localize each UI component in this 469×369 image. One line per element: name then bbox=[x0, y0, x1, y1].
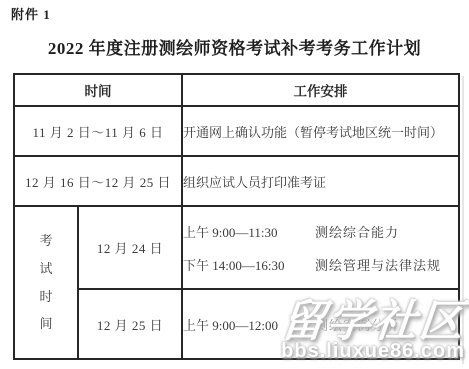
exam-slots-cell: 上午 9:00—11:30 测绘综合能力 下午 14:00—16:30 测绘管理… bbox=[182, 206, 459, 289]
header-row: 时间 工作安排 bbox=[14, 74, 459, 106]
time-range-cell: 12 月 16 日～12 月 25 日 bbox=[14, 156, 182, 206]
work-item-cell: 组织应试人员打印准考证 bbox=[182, 156, 459, 206]
slot-time: 下午 14:00—16:30 bbox=[183, 255, 315, 274]
table-row: 12 月 25 日 上午 9:00—12:00 测绘案例分析 bbox=[14, 289, 459, 359]
table-row: 11 月 2 日～11 月 6 日 开通网上确认功能（暂停考试地区统一时间） bbox=[14, 106, 459, 156]
exam-date-cell: 12 月 25 日 bbox=[78, 289, 182, 359]
attachment-label: 附件 1 bbox=[11, 4, 51, 23]
time-range-cell: 11 月 2 日～11 月 6 日 bbox=[14, 106, 182, 156]
exam-date-cell: 12 月 24 日 bbox=[78, 206, 182, 289]
exam-time-label-cell: 考试时间 bbox=[14, 206, 78, 359]
exam-slot: 上午 9:00—11:30 测绘综合能力 bbox=[183, 222, 458, 241]
column-header-work: 工作安排 bbox=[182, 74, 459, 106]
scan-edge-line bbox=[462, 76, 464, 364]
exam-slot: 上午 9:00—12:00 测绘案例分析 bbox=[183, 315, 458, 334]
column-header-time: 时间 bbox=[14, 74, 182, 106]
table-row: 12 月 16 日～12 月 25 日 组织应试人员打印准考证 bbox=[14, 156, 459, 206]
exam-slot: 下午 14:00—16:30 测绘管理与法律法规 bbox=[183, 255, 458, 274]
document-page: 附件 1 2022 年度注册测绘师资格考试补考考务工作计划 时间 工作安排 11… bbox=[0, 0, 469, 369]
slot-time: 上午 9:00—11:30 bbox=[183, 222, 315, 241]
slot-time: 上午 9:00—12:00 bbox=[183, 315, 315, 334]
slot-subject: 测绘管理与法律法规 bbox=[315, 255, 441, 274]
slot-subject: 测绘案例分析 bbox=[315, 315, 399, 334]
exam-time-label: 考试时间 bbox=[39, 227, 54, 339]
table-row: 考试时间 12 月 24 日 上午 9:00—11:30 测绘综合能力 下午 1… bbox=[14, 206, 459, 289]
slot-subject: 测绘综合能力 bbox=[315, 222, 399, 241]
exam-schedule-table: 时间 工作安排 11 月 2 日～11 月 6 日 开通网上确认功能（暂停考试地… bbox=[13, 73, 460, 360]
page-title: 2022 年度注册测绘师资格考试补考考务工作计划 bbox=[0, 34, 469, 59]
work-item-cell: 开通网上确认功能（暂停考试地区统一时间） bbox=[182, 106, 459, 156]
exam-slots-cell: 上午 9:00—12:00 测绘案例分析 bbox=[182, 289, 459, 359]
